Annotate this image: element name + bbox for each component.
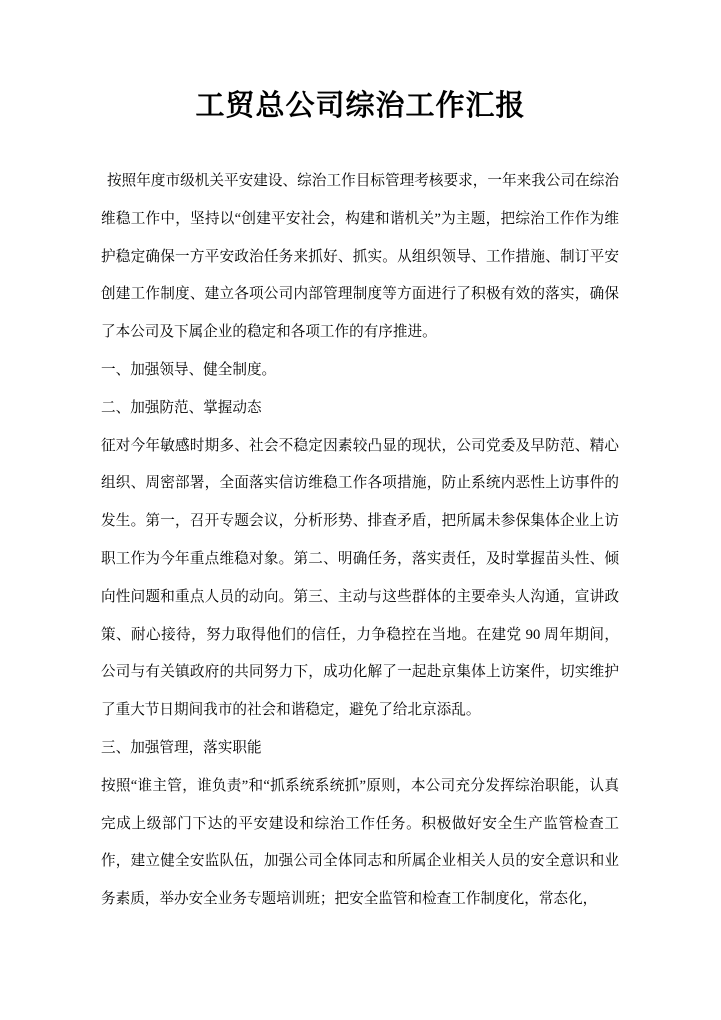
document-page: 工贸总公司综治工作汇报 按照年度市级机关平安建设、综治工作目标管理考核要求，一年… [0,0,721,1020]
section-2-paragraph: 征对今年敏感时期多、社会不稳定因素较凸显的现状，公司党委及早防范、精心组织、周密… [101,428,619,730]
intro-paragraph: 按照年度市级机关平安建设、综治工作目标管理考核要求，一年来我公司在综治维稳工作中… [101,163,619,352]
section-heading-1: 一、加强领导、健全制度。 [101,352,619,390]
document-title: 工贸总公司综治工作汇报 [0,86,721,126]
document-body: 按照年度市级机关平安建设、综治工作目标管理考核要求，一年来我公司在综治维稳工作中… [101,163,619,919]
section-heading-2: 二、加强防范、掌握动态 [101,390,619,428]
section-3-paragraph: 按照“谁主管，谁负责”和“抓系统系统抓”原则，本公司充分发挥综治职能，认真完成上… [101,768,619,919]
section-heading-3: 三、加强管理，落实职能 [101,730,619,768]
